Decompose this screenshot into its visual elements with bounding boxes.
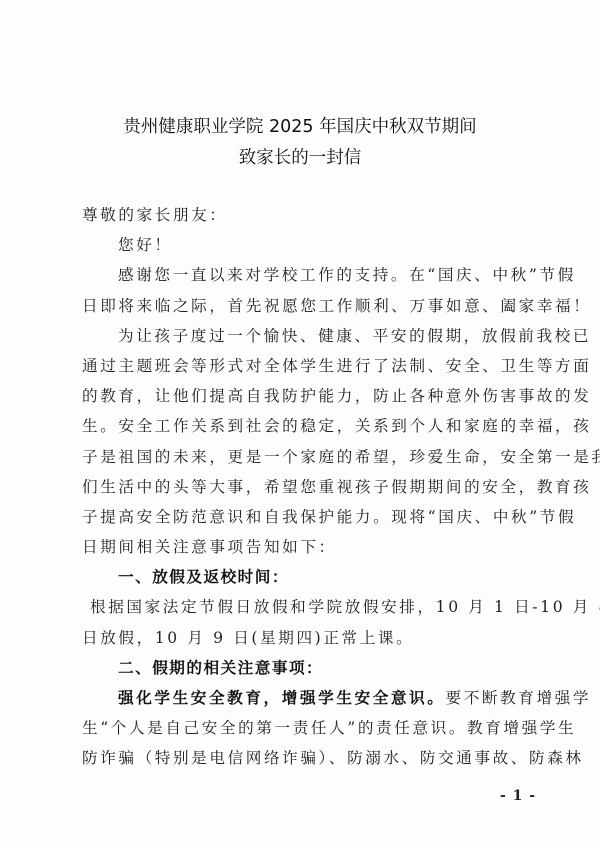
paragraph-2-line-2: 通过主题班会等形式对全体学生进行了法制、安全、卫生等方面: [82, 351, 526, 381]
paragraph-2-line-6: 们生活中的头等大事，希望您重视孩子假期期间的安全，教育孩: [82, 472, 526, 502]
greeting: 您好！: [82, 230, 526, 260]
paragraph-4-bold-lead: 强化学生安全教育，增强学生安全意识。: [118, 688, 446, 707]
paragraph-2-line-1: 为让孩子度过一个愉快、健康、平安的假期，放假前我校已: [82, 321, 526, 351]
title-line-1: 贵州健康职业学院 2025 年国庆中秋双节期间: [0, 112, 600, 143]
paragraph-3-line-1: 根据国家法定节假日放假和学院放假安排，10 月 1 日-10 月 8: [82, 592, 526, 622]
paragraph-4-line-3: 防诈骗（特别是电信网络诈骗）、防溺水、防交通事故、防森林: [82, 743, 526, 773]
document-title: 贵州健康职业学院 2025 年国庆中秋双节期间 致家长的一封信: [0, 112, 600, 174]
paragraph-4-line-2: 生“个人是自己安全的第一责任人”的责任意识。教育增强学生: [82, 713, 526, 743]
paragraph-2-line-4: 生。安全工作关系到社会的稳定，关系到个人和家庭的幸福，孩: [82, 411, 526, 441]
paragraph-3-line-2: 日放假，10 月 9 日(星期四)正常上课。: [82, 623, 526, 653]
paragraph-2-line-8: 日期间相关注意事项告知如下：: [82, 532, 526, 562]
paragraph-1-line-2: 日即将来临之际，首先祝愿您工作顺利、万事如意、阖家幸福！: [82, 291, 526, 321]
section-heading-1: 一、放假及返校时间：: [82, 562, 526, 592]
letter-body: 尊敬的家长朋友： 您好！ 感谢您一直以来对学校工作的支持。在“国庆、中秋”节假 …: [82, 200, 526, 774]
salutation: 尊敬的家长朋友：: [82, 200, 526, 230]
paragraph-2-line-5: 子是祖国的未来，更是一个家庭的希望，珍爱生命，安全第一是我: [82, 442, 526, 472]
paragraph-2-line-7: 子提高安全防范意识和自我保护能力。现将“国庆、中秋”节假: [82, 502, 526, 532]
paragraph-1-line-1: 感谢您一直以来对学校工作的支持。在“国庆、中秋”节假: [82, 260, 526, 290]
page-number: - 1 -: [500, 788, 536, 804]
document-page: 贵州健康职业学院 2025 年国庆中秋双节期间 致家长的一封信 尊敬的家长朋友：…: [0, 0, 600, 842]
paragraph-4-line-1-rest: 要不断教育增强学: [446, 689, 592, 707]
paragraph-2-line-3: 的教育，让他们提高自我防护能力，防止各种意外伤害事故的发: [82, 381, 526, 411]
title-line-2: 致家长的一封信: [0, 143, 600, 174]
section-heading-2: 二、假期的相关注意事项：: [82, 653, 526, 683]
paragraph-4-line-1: 强化学生安全教育，增强学生安全意识。要不断教育增强学: [82, 683, 526, 713]
